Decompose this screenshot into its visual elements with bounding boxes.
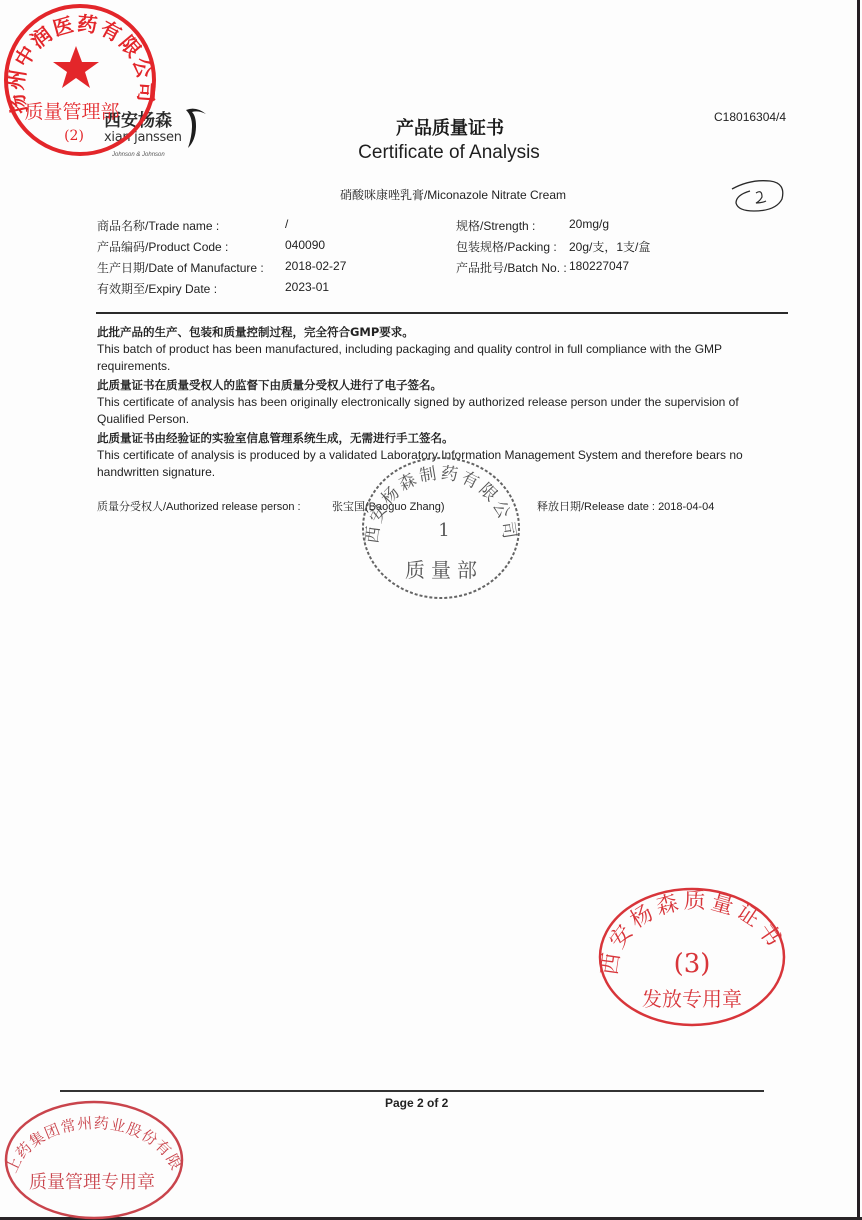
statement-cn: 此质量证书由经验证的实验室信息管理系统生成，无需进行手工签名。: [97, 430, 787, 447]
stamp-top-left: 扬州中润医药有限公司 质量管理部 (2): [0, 0, 160, 160]
header-divider: [96, 312, 788, 314]
statement-cn: 此批产品的生产、包装和质量控制过程，完全符合GMP要求。: [97, 324, 787, 341]
stamp-center-text: 质量管理专用章: [29, 1172, 155, 1193]
scan-edge-right: [857, 0, 860, 1220]
field-value: 20g/支，1支/盒: [569, 238, 650, 255]
stamp-center: 西安杨森制药有限公司 1 质量部: [356, 452, 526, 602]
field-label: 商品名称/Trade name :: [97, 217, 219, 234]
field-strength: 规格/Strength : 20mg/g: [456, 217, 535, 234]
field-value: 2023-01: [285, 280, 329, 294]
field-label: 生产日期/Date of Manufacture :: [97, 259, 264, 276]
release-date-label: 释放日期/Release date :: [537, 501, 655, 513]
stamp-center-text: 发放专用章: [642, 987, 742, 1011]
stamp-number: (2): [64, 128, 84, 144]
stamp-number: 1: [438, 520, 449, 541]
svg-text:上药集团常州药业股份有限公司: 上药集团常州药业股份有限公司: [0, 1096, 186, 1175]
field-expiry-date: 有效期至/Expiry Date : 2023-01: [97, 280, 217, 297]
field-label: 包装规格/Packing :: [456, 238, 557, 255]
statement-en: This certificate of analysis has been or…: [97, 394, 787, 428]
statement-gmp: 此批产品的生产、包装和质量控制过程，完全符合GMP要求。 This batch …: [97, 324, 787, 375]
release-date: 释放日期/Release date : 2018-04-04: [537, 498, 714, 514]
handwritten-mark-icon: [730, 175, 790, 217]
stamp-center-text: 质量管理部: [24, 101, 119, 123]
field-value: 180227047: [569, 259, 629, 273]
field-label: 有效期至/Expiry Date :: [97, 280, 217, 297]
stamp-ring-text: 上药集团常州药业股份有限公司: [0, 1096, 186, 1175]
field-manufacture-date: 生产日期/Date of Manufacture : 2018-02-27: [97, 259, 264, 276]
field-value: 2018-02-27: [285, 259, 346, 273]
release-date-value: 2018-04-04: [658, 501, 714, 513]
field-trade-name: 商品名称/Trade name : /: [97, 217, 219, 234]
footer-divider: [60, 1090, 764, 1092]
stamp-center-text: 质量部: [405, 558, 483, 582]
field-packing: 包装规格/Packing : 20g/支，1支/盒: [456, 238, 557, 255]
field-product-code: 产品编码/Product Code : 040090: [97, 238, 228, 255]
star-icon: [53, 46, 99, 88]
release-person-label: 质量分受权人/Authorized release person :: [97, 501, 301, 513]
field-batch-no: 产品批号/Batch No. : 180227047: [456, 259, 567, 276]
stamp-number: (3): [674, 949, 711, 979]
page-number: Page 2 of 2: [385, 1096, 448, 1110]
field-label: 规格/Strength :: [456, 217, 535, 234]
stamp-bottom-left: 上药集团常州药业股份有限公司 质量管理专用章: [0, 1096, 186, 1220]
field-value: 040090: [285, 238, 325, 252]
statement-signature: 此质量证书在质量受权人的监督下由质量分受权人进行了电子签名。 This cert…: [97, 377, 787, 428]
statement-en: This batch of product has been manufactu…: [97, 341, 787, 375]
stamp-right: 西安杨森质量证书 (3) 发放专用章: [594, 884, 790, 1030]
release-person: 质量分受权人/Authorized release person : 张宝国(B…: [97, 498, 301, 514]
field-label: 产品编码/Product Code :: [97, 238, 228, 255]
field-value: /: [285, 217, 288, 231]
field-value: 20mg/g: [569, 217, 609, 231]
statement-cn: 此质量证书在质量受权人的监督下由质量分受权人进行了电子签名。: [97, 377, 787, 394]
field-label: 产品批号/Batch No. :: [456, 259, 567, 276]
